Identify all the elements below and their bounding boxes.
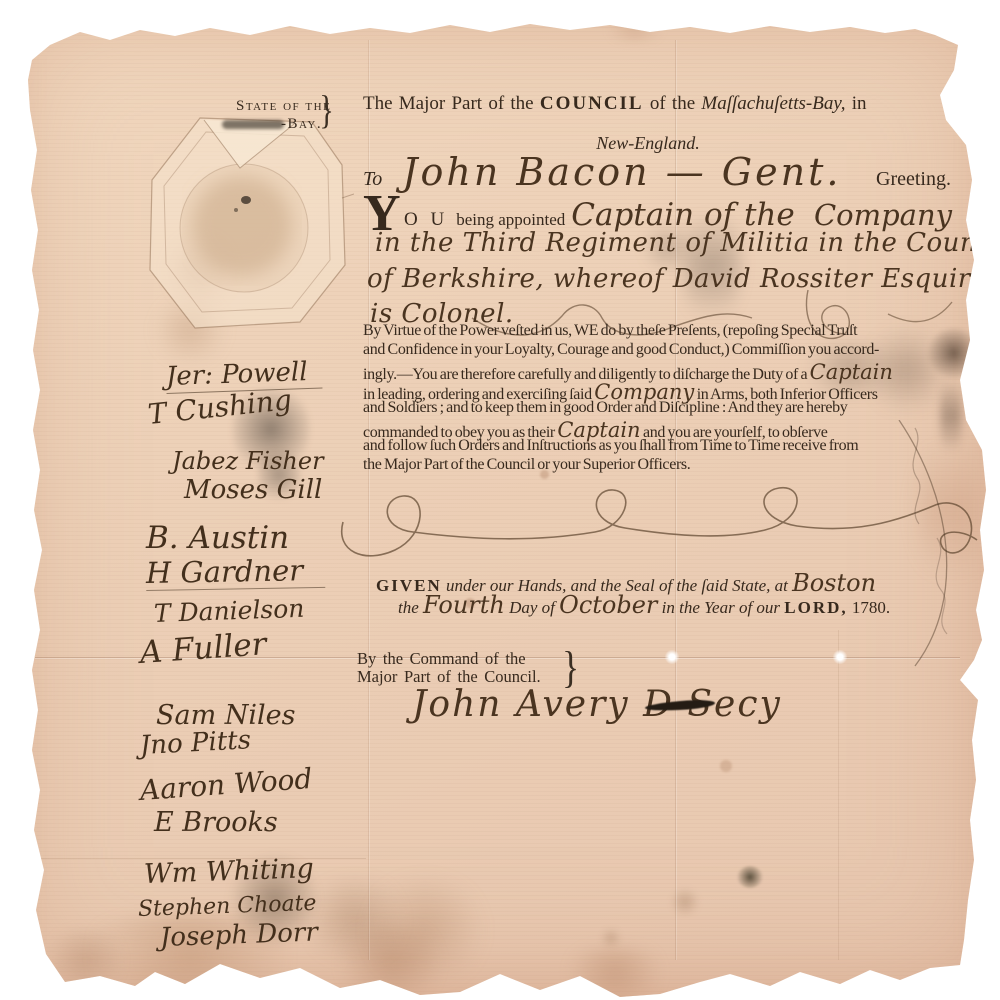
body-line: ingly.—You are therefore carefully and d…: [363, 360, 955, 379]
body-line: By Virtue of the Power veſted in us, WE …: [363, 322, 955, 341]
spot: [600, 928, 622, 948]
foxing-dot: [720, 760, 732, 772]
commission-document: State of the -Bay. } The Major Part of t…: [0, 0, 1000, 1000]
secretary-signature: John Avery D Secy: [412, 684, 782, 725]
stain: [600, 18, 670, 40]
printed-text: of the: [644, 93, 702, 114]
printed-text: COUNCIL: [540, 93, 644, 114]
printed-text: and Soldiers ; and to keep them in good …: [363, 399, 847, 416]
signature: E Brooks: [154, 807, 428, 839]
body-line: in leading, ordering and exerciſing ſaid…: [363, 380, 955, 399]
printed-text: Day of: [505, 598, 559, 617]
spot: [670, 888, 700, 916]
fold-crease-vertical: [838, 630, 839, 960]
printed-text: The Major Part of the: [363, 93, 540, 114]
given-line: the Fourth Day of October in the Year of…: [376, 591, 951, 613]
given-clause: GIVEN under our Hands, and the Seal of t…: [376, 569, 951, 613]
recipient-signature-text: John Bacon — Gent.: [402, 150, 876, 194]
council-signatures-column: Jer: PowellT CushingJabez FisherMoses Gi…: [138, 362, 428, 953]
fold-hole: [665, 650, 679, 664]
body-line: commanded to obey you as their Captain a…: [363, 418, 955, 437]
signature: H Gardner: [146, 553, 326, 591]
printed-text: 1780.: [848, 598, 891, 617]
header-council-line: The Major Part of the COUNCIL of the Maſ…: [363, 93, 948, 115]
handwritten-text: October: [559, 591, 657, 619]
signature: Jabez Fisher: [172, 447, 428, 475]
county-colonel-line: of Berkshire, whereof David Rossiter Esq…: [367, 264, 987, 294]
body-line: and Confidence in your Loyalty, Courage …: [363, 341, 955, 360]
printed-text: and follow ſuch Orders and Inſtructions …: [363, 437, 858, 454]
signature-group: Wm WhitingStephen ChoateJoseph Dorr: [138, 859, 428, 953]
ink-obscured-text: [222, 120, 284, 129]
signature-group: B. AustinH GardnerT DanielsonA Fuller: [138, 520, 428, 672]
printed-text: Maſſachuſetts-Bay,: [701, 93, 845, 114]
pen-flourish: [335, 462, 990, 572]
commission-body-text: By Virtue of the Power veſted in us, WE …: [363, 322, 955, 476]
printed-text: in: [845, 93, 866, 114]
state-label-line1: State of the: [236, 98, 331, 115]
water-stain: [40, 930, 130, 990]
signature-group: Jer: PowellT CushingJabez FisherMoses Gi…: [138, 362, 428, 506]
handwritten-text: Fourth: [423, 591, 505, 619]
fold-hole: [833, 650, 847, 664]
given-line: GIVEN under our Hands, and the Seal of t…: [376, 569, 951, 591]
body-line: the Major Part of the Council or your Su…: [363, 456, 955, 475]
printed-text: in the Year of our: [657, 598, 784, 617]
dark-spot: [737, 866, 763, 888]
signature: Wm Whiting: [143, 849, 428, 891]
being-appointed-label: being appointed: [456, 210, 565, 230]
state-label-line2: -Bay.: [281, 116, 322, 133]
signature: B. Austin: [146, 520, 428, 557]
signature: Aaron Wood: [139, 754, 429, 807]
address-row: To John Bacon — Gent. Greeting.: [363, 150, 951, 194]
body-line: and follow ſuch Orders and Inſtructions …: [363, 437, 955, 456]
greeting-label: Greeting.: [876, 168, 951, 191]
signature-group: Sam NilesJno PittsAaron WoodE Brooks: [138, 700, 428, 839]
signature: Moses Gill: [184, 475, 428, 506]
water-stain: [555, 948, 675, 998]
company-handwritten: Company: [814, 198, 952, 232]
state-label-brace: }: [319, 86, 333, 133]
printed-text: LORD,: [784, 598, 847, 617]
embossed-seal-icon: [140, 98, 354, 336]
printed-text: and Confidence in your Loyalty, Courage …: [363, 341, 879, 358]
printed-text: By Virtue of the Power veſted in us, WE …: [363, 322, 857, 339]
regiment-line: in the Third Regiment of Militia in the …: [375, 228, 1000, 258]
